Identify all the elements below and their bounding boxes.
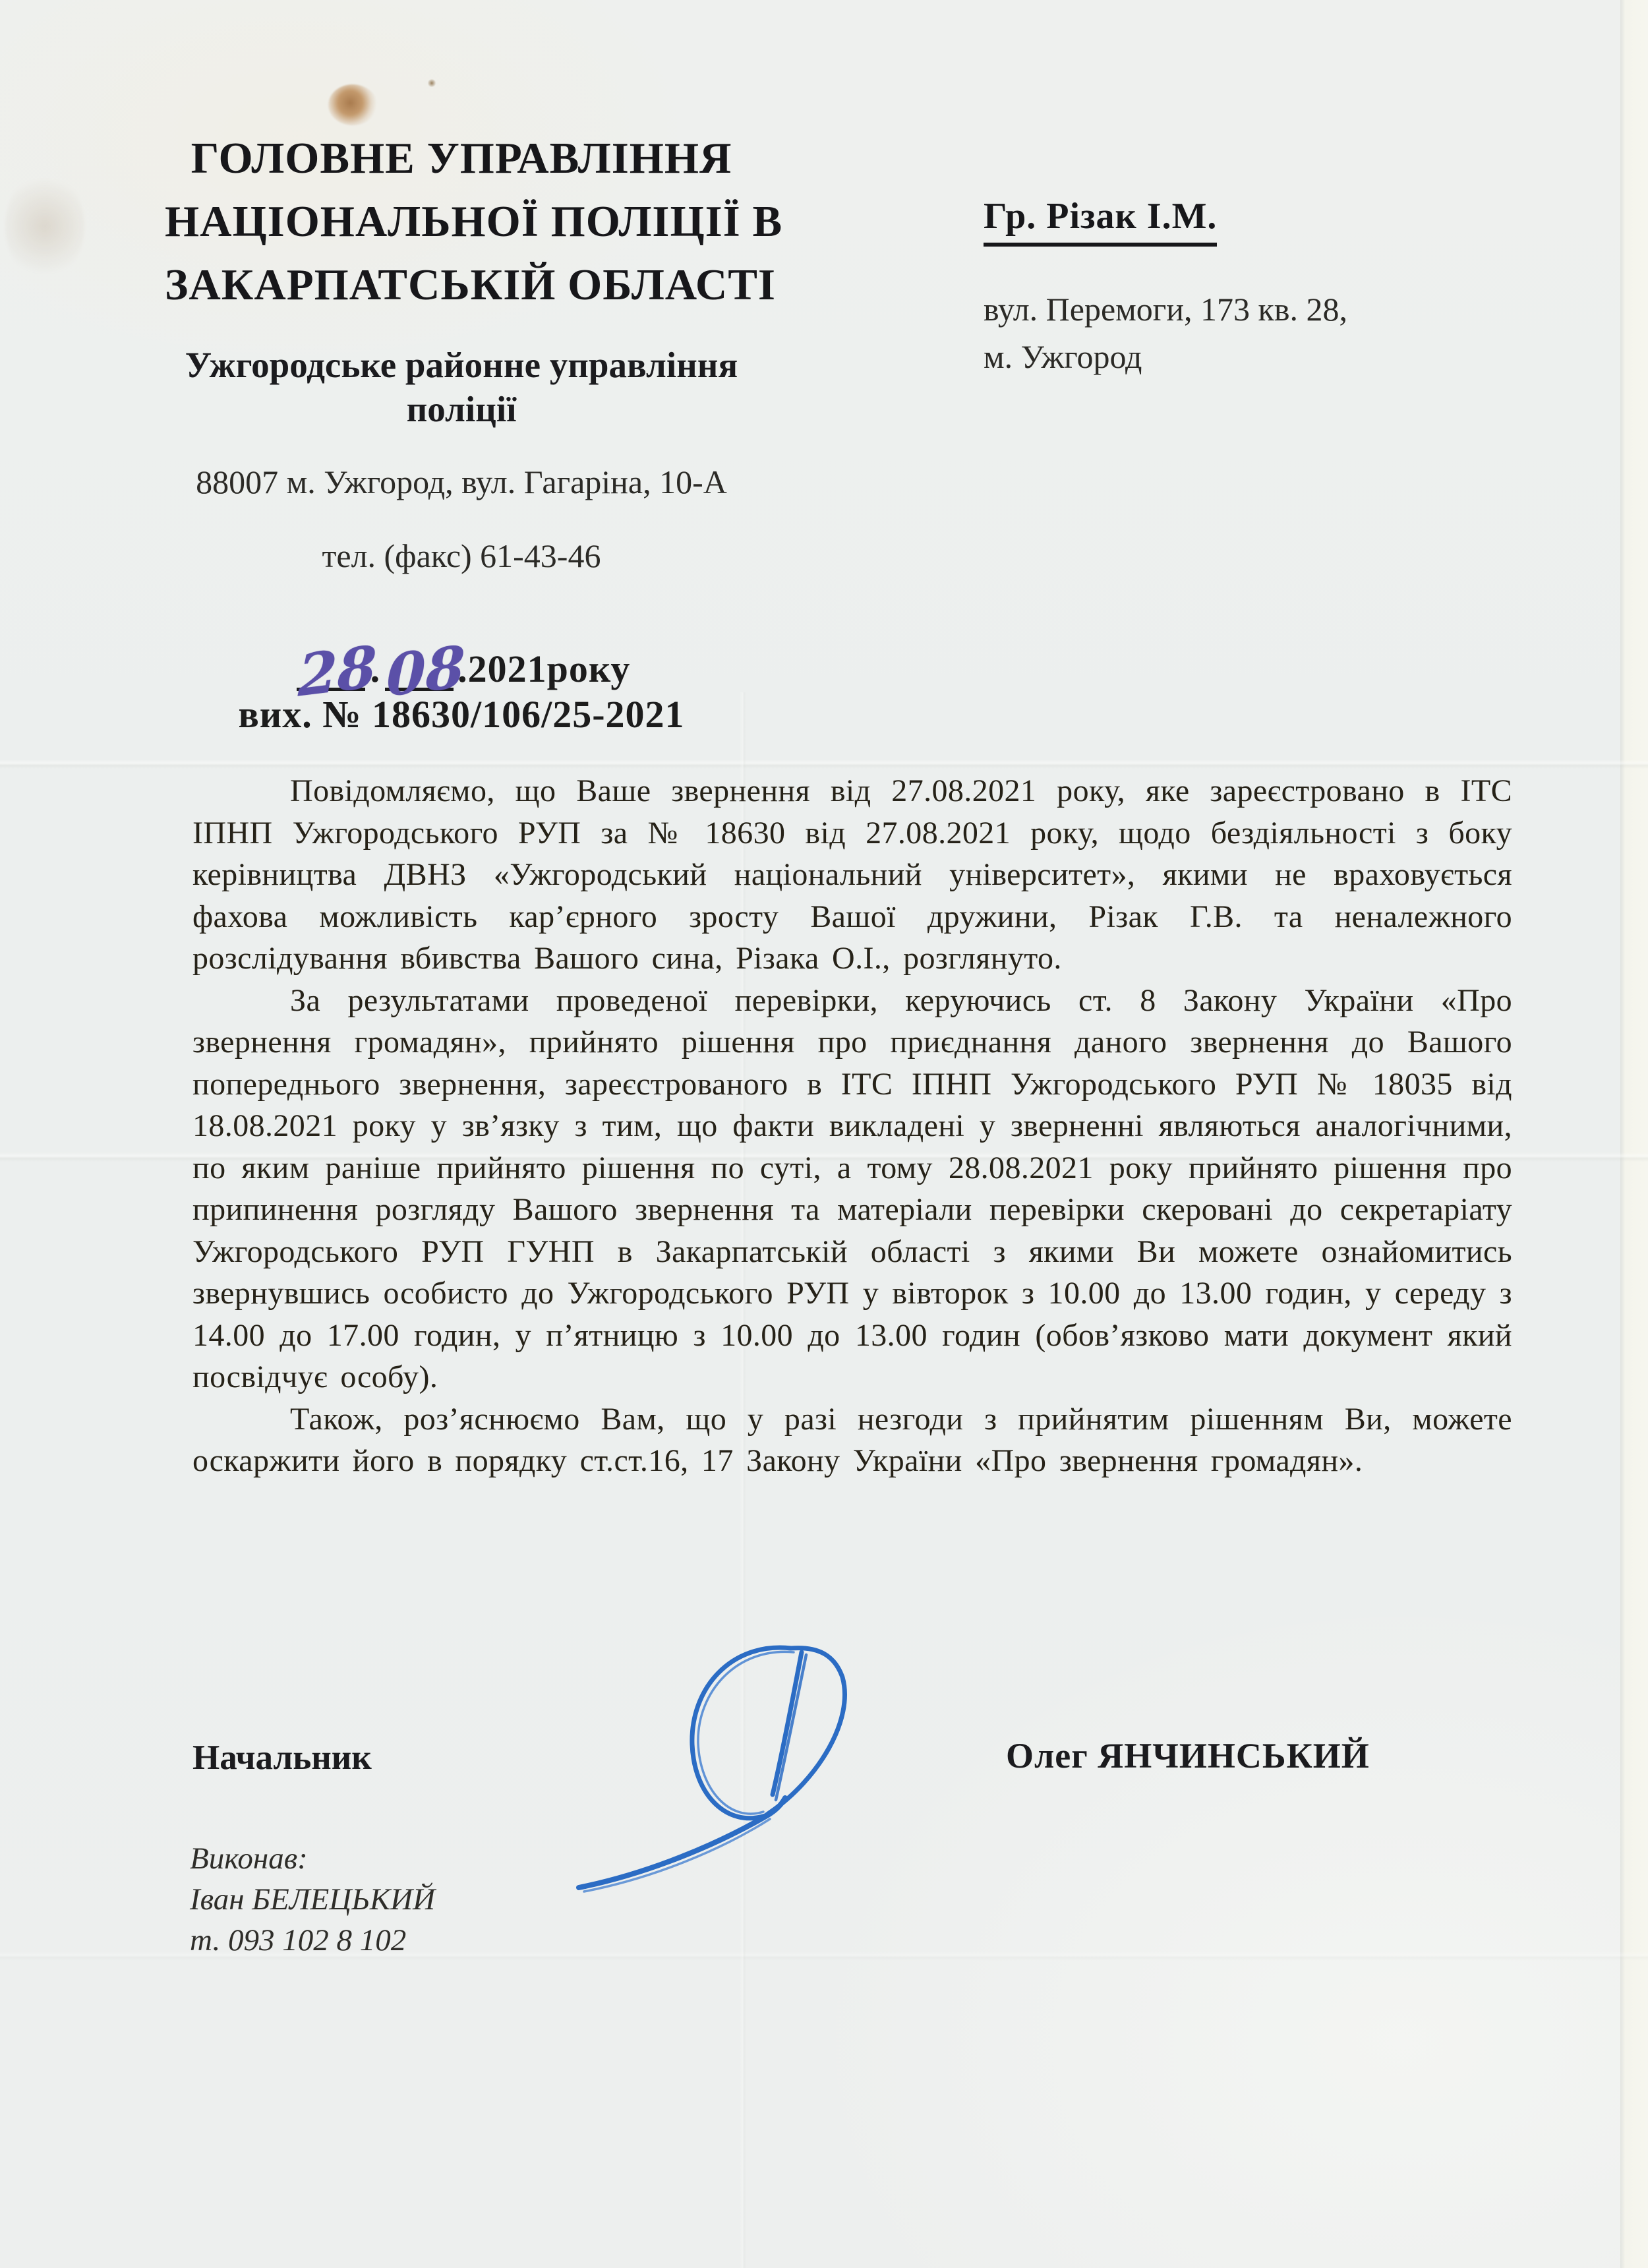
scanned-letter-page: ГОЛОВНЕ УПРАВЛІННЯ НАЦІОНАЛЬНОЇ ПОЛІЦІЇ … — [0, 0, 1648, 2268]
date-row: 28 . 08 .2021року — [165, 605, 758, 691]
letterhead-phone: тел. (факс) 61-43-46 — [165, 537, 758, 575]
executor-phone: т. 093 102 8 102 — [190, 1920, 435, 1961]
date-year-printed: .2021року — [457, 647, 630, 691]
body-paragraph-1: Повідомляємо, що Ваше звернення від 27.0… — [192, 770, 1512, 980]
signature-ink — [560, 1615, 1022, 1945]
org-name-line: ЗАКАРПАТСЬКІЙ ОБЛАСТІ — [165, 253, 758, 316]
org-name-line: НАЦІОНАЛЬНОЇ ПОЛІЦІЇ В — [165, 190, 758, 253]
executor-label: Виконав: — [190, 1838, 435, 1879]
paper-stain-dot — [427, 79, 436, 87]
recipient-address-line1: вул. Перемоги, 173 кв. 28, — [984, 290, 1392, 328]
paper-smudge — [5, 170, 84, 282]
scan-edge-strip — [1620, 0, 1648, 2268]
recipient-block: Гр. Різак І.М. вул. Перемоги, 173 кв. 28… — [984, 195, 1392, 376]
division-block: Ужгородське районне управління поліції — [165, 343, 758, 431]
recipient-name: Гр. Різак І.М. — [984, 195, 1217, 247]
body-paragraph-2: За результатами проведеної перевірки, ке… — [192, 980, 1512, 1398]
signer-name: Олег ЯНЧИНСЬКИЙ — [1006, 1735, 1370, 1776]
body-paragraph-3: Також, роз’яснюємо Вам, що у разі незгод… — [192, 1398, 1512, 1482]
executor-name: Іван БЕЛЕЦЬКИЙ — [190, 1879, 435, 1920]
date-day-blank: 28 — [297, 611, 365, 691]
letterhead-block: ГОЛОВНЕ УПРАВЛІННЯ НАЦІОНАЛЬНОЇ ПОЛІЦІЇ … — [165, 127, 758, 736]
handwritten-month: 08 — [386, 633, 466, 710]
letterhead-address: 88007 м. Ужгород, вул. Гагаріна, 10-А — [165, 463, 758, 501]
fold-crease — [0, 760, 1648, 769]
handwritten-day: 28 — [297, 633, 377, 710]
executor-block: Виконав: Іван БЕЛЕЦЬКИЙ т. 093 102 8 102 — [190, 1838, 435, 1961]
division-line: поліції — [165, 387, 758, 431]
org-name-line: ГОЛОВНЕ УПРАВЛІННЯ — [165, 127, 758, 190]
paper-stain — [328, 84, 377, 125]
signer-position: Начальник — [192, 1738, 372, 1777]
letter-body: Повідомляємо, що Ваше звернення від 27.0… — [192, 770, 1512, 1482]
recipient-address-line2: м. Ужгород — [984, 338, 1392, 376]
date-month-blank: 08 — [385, 611, 454, 691]
division-line: Ужгородське районне управління — [165, 343, 758, 387]
